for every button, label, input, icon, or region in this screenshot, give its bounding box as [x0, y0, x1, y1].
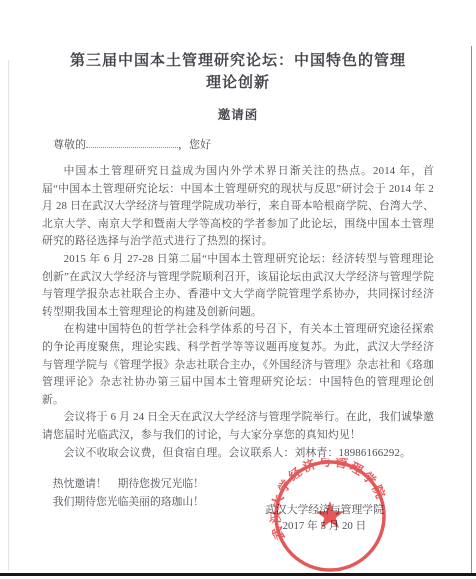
salutation-suffix: ，您好: [178, 139, 211, 151]
paragraph-3: 在构建中国特色的哲学社会科学体系的号召下，有关本土管理研究途径探索的争论再度聚焦…: [42, 321, 434, 409]
letter-title-line2: 理论创新: [42, 72, 434, 94]
page-edge-bottom: [0, 573, 476, 576]
seal-text: 武汉大学经济与管理学院: [268, 458, 389, 542]
letter-title-line1: 第三届中国本土管理研究论坛：中国特色的管理: [42, 50, 434, 72]
paragraph-4: 会议将于 6 月 24 日全天在武汉大学经济与管理学院举行。在此，我们诚挚邀请您…: [42, 409, 434, 444]
letter-subtitle: 邀请函: [42, 106, 434, 124]
page-edge-left: [8, 60, 9, 571]
svg-text:武汉大学经济与管理学院: 武汉大学经济与管理学院: [268, 458, 389, 542]
page-edge-right: [471, 46, 472, 575]
recipient-name-blank: [86, 136, 178, 148]
star-icon: [316, 501, 345, 528]
paragraph-2: 2015 年 6 月 27-28 日第二届“中国本土管理研究论坛：经济转型与管理…: [42, 251, 434, 321]
paragraph-1: 中国本土管理研究日益成为国内外学术界日渐关注的热点。2014 年，首届“中国本土…: [42, 163, 434, 251]
salutation-line: 尊敬的，您好: [42, 136, 434, 153]
salutation-prefix: 尊敬的: [53, 139, 86, 151]
official-seal: 武汉大学经济与管理学院: [268, 458, 392, 576]
letter-body: 第三届中国本土管理研究论坛：中国特色的管理 理论创新 邀请函 尊敬的，您好 中国…: [42, 50, 434, 511]
